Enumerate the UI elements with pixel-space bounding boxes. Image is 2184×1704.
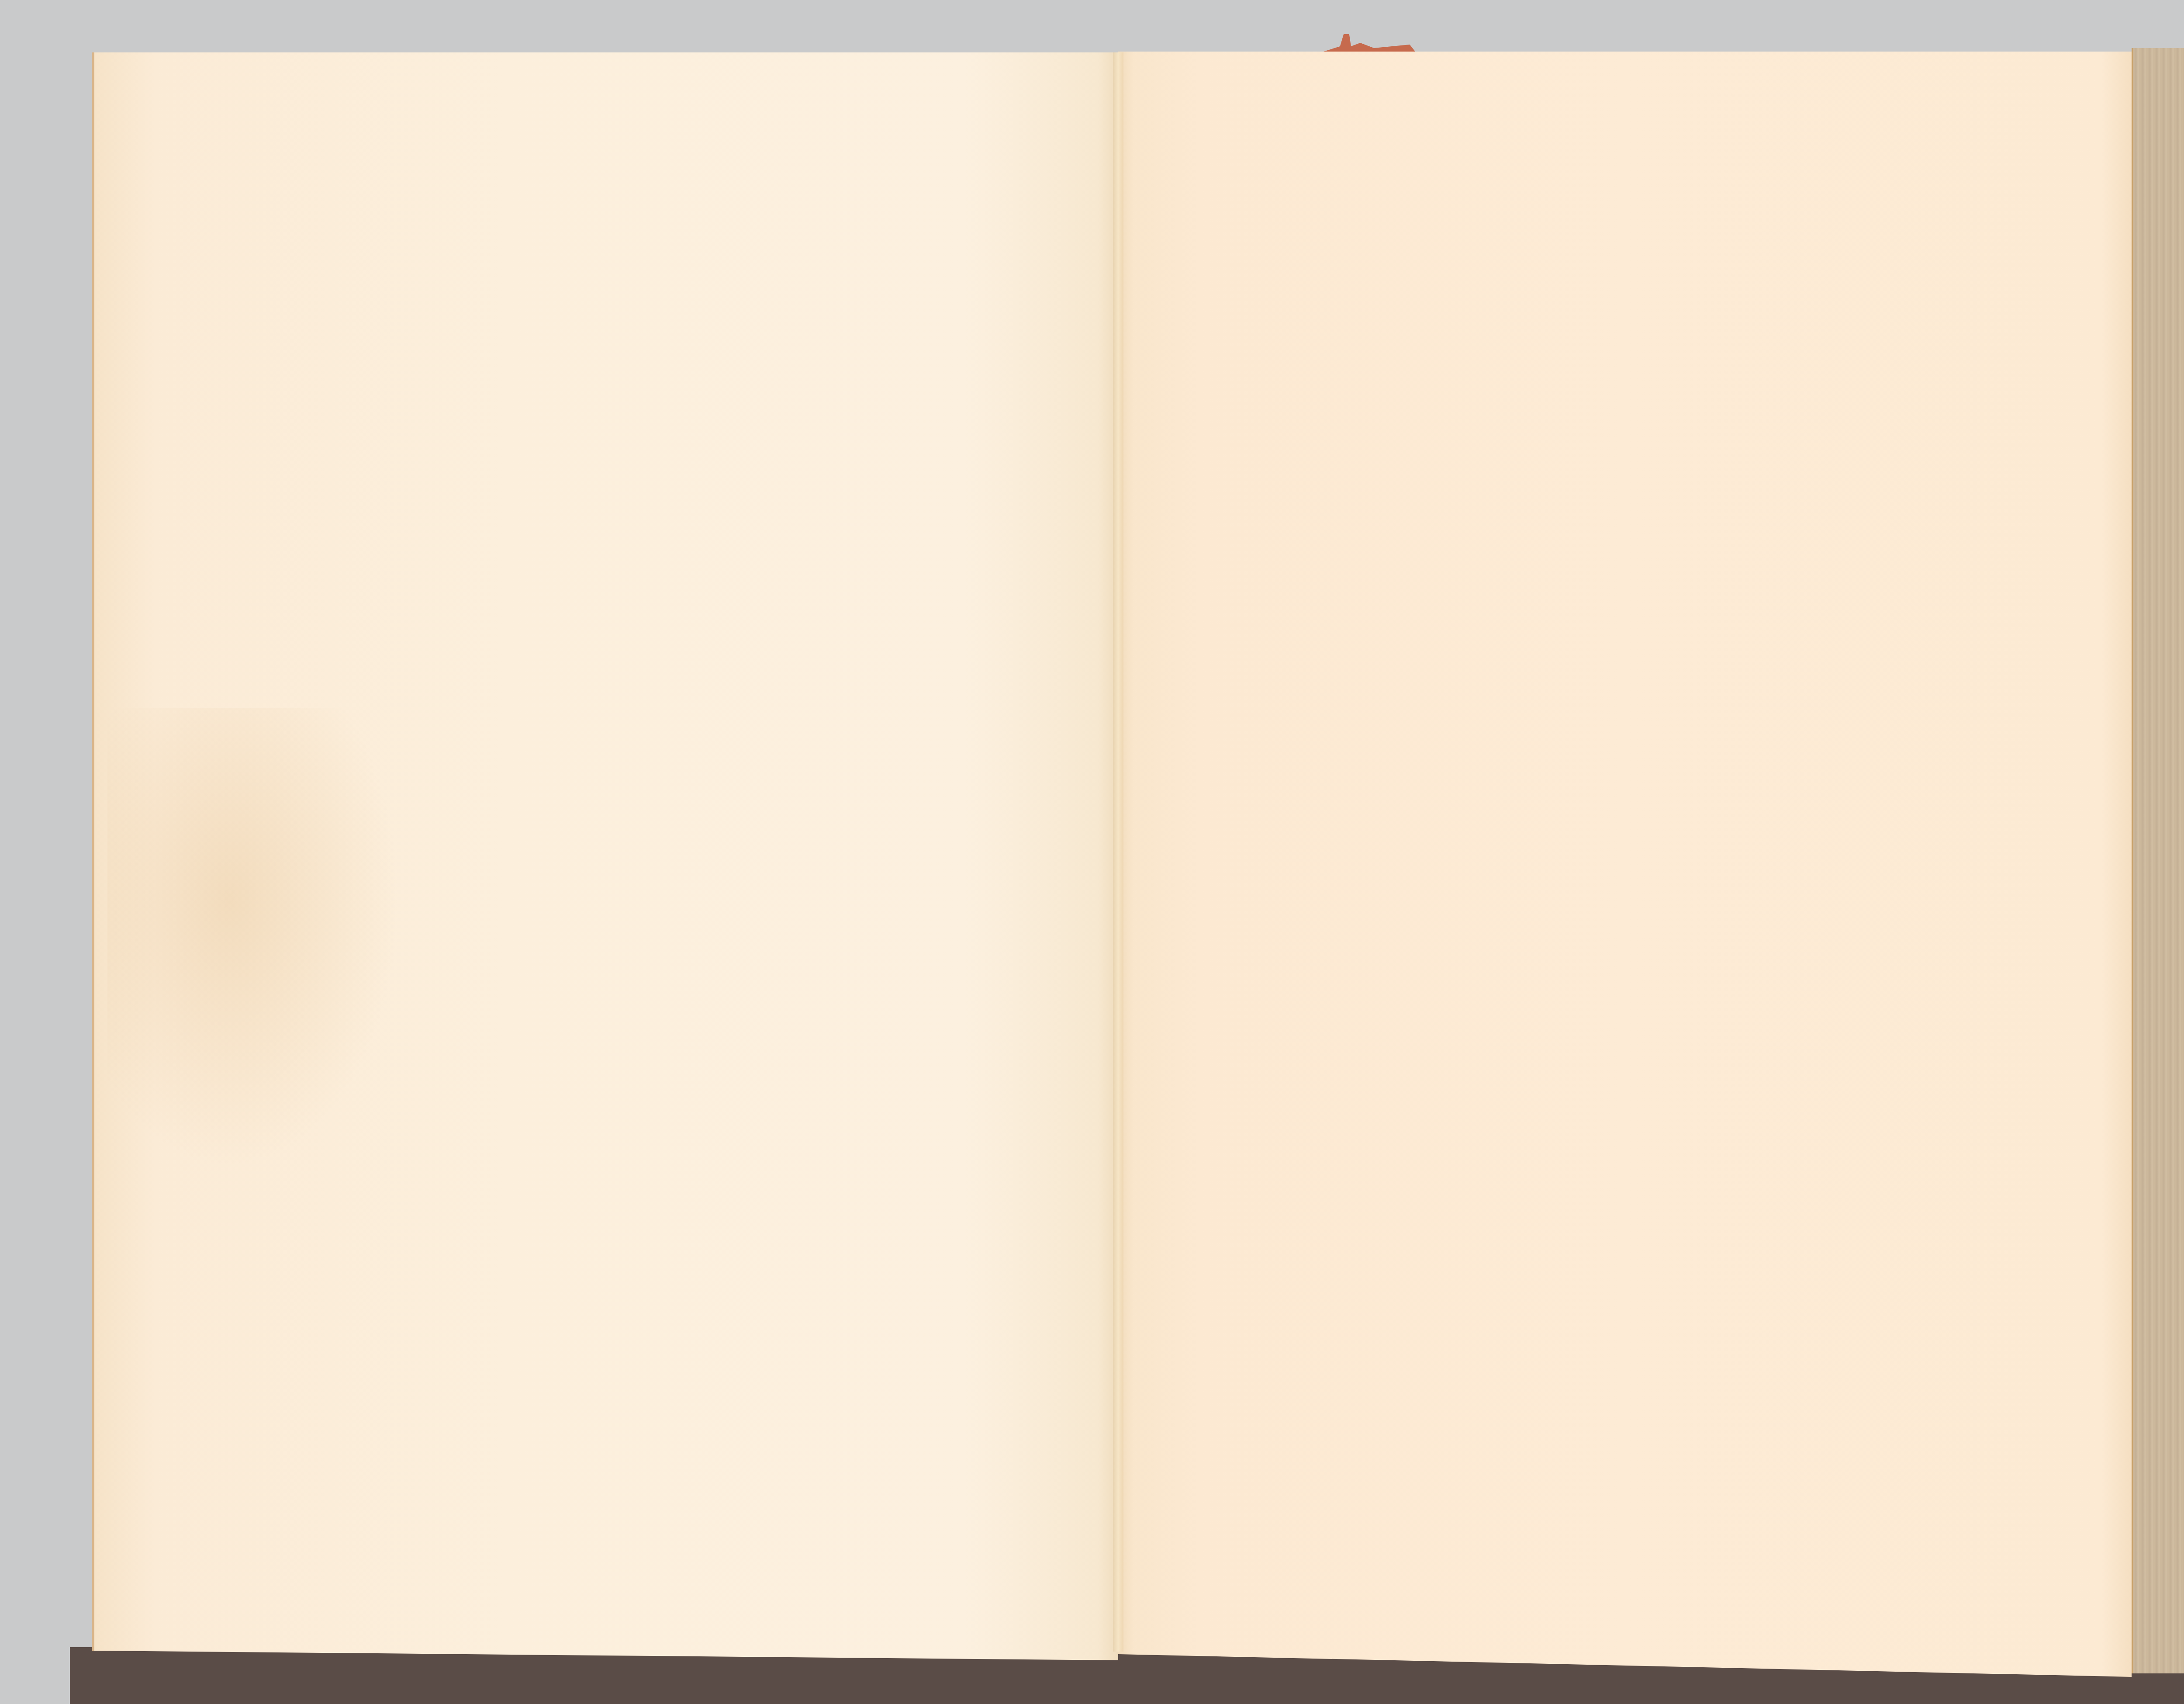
book-gutter: [1113, 52, 1123, 1652]
bookmark-ribbon-icon: [1324, 34, 1415, 52]
left-page: [92, 52, 1118, 1660]
right-page: [1118, 52, 2132, 1677]
foxing-stain: [107, 708, 413, 1188]
page-stack-fore-edge: [2132, 48, 2184, 1673]
